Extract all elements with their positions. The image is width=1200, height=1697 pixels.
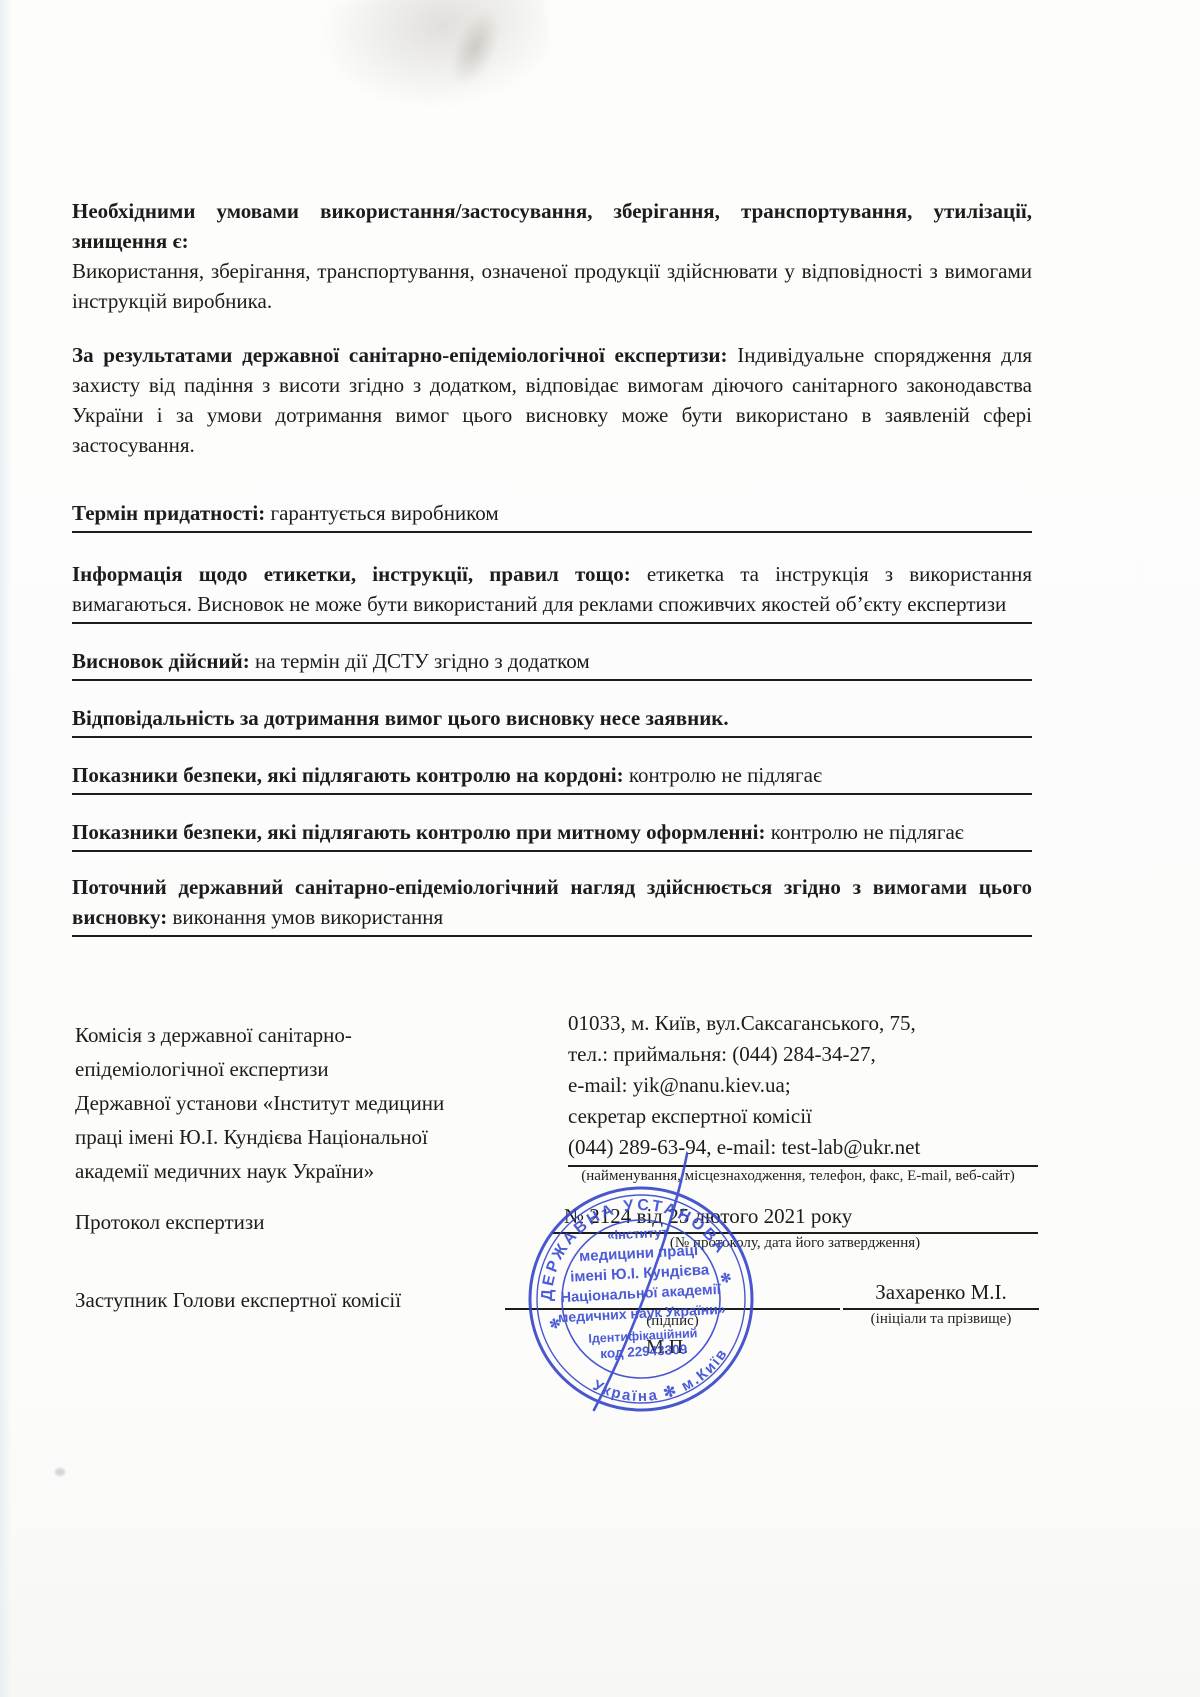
section-text: Використання, зберігання, транспортуванн… xyxy=(72,259,1032,313)
section-text: контролю не підлягає xyxy=(771,820,964,844)
commission-name-line: академії медичних наук України» xyxy=(75,1154,551,1188)
contact-secretary: секретар експертної комісії xyxy=(568,1101,1038,1132)
section-heading: Відповідальність за дотримання вимог цьо… xyxy=(72,706,729,730)
signatory-name-caption: (ініціали та прізвище) xyxy=(843,1310,1039,1329)
section-text: контролю не підлягає xyxy=(629,763,822,787)
commission-name-block: Комісія з державної санітарно- епідеміол… xyxy=(75,1018,551,1188)
contact-secretary-phone: (044) 289-63-94, e-mail: test-lab@ukr.ne… xyxy=(568,1132,1038,1167)
round-official-stamp: ДЕРЖАВНА УСТАНОВА Україна ✻ м.Київ ✻ ✻ «… xyxy=(524,1182,758,1416)
section-heading: Необхідними умовами використання/застосу… xyxy=(72,196,1032,256)
commission-name-line: епідеміологічної експертизи xyxy=(75,1052,551,1086)
signatory-title: Заступник Голови експертної комісії xyxy=(75,1288,401,1313)
section-heading: Показники безпеки, які підлягають контро… xyxy=(72,820,765,844)
section-heading: Термін придатності: xyxy=(72,501,265,525)
scan-smudge xyxy=(313,0,557,125)
contact-email: e-mail: yik@nanu.kiev.ua; xyxy=(568,1070,1038,1101)
section-heading: За результатами державної санітарно-епід… xyxy=(72,343,727,367)
section-responsibility: Відповідальність за дотримання вимог цьо… xyxy=(72,703,1032,738)
scan-edge-shadow xyxy=(0,0,12,1697)
section-label-info: Інформація щодо етикетки, інструкції, пр… xyxy=(72,559,1032,624)
section-heading: Інформація щодо етикетки, інструкції, пр… xyxy=(72,562,631,586)
section-border-control: Показники безпеки, які підлягають контро… xyxy=(72,760,1032,795)
commission-name-line: Державної установи «Інститут медицини xyxy=(75,1086,551,1120)
stamp-inner-line: код 22943309 xyxy=(600,1342,688,1362)
section-validity: Висновок дійсний: на термін дії ДСТУ згі… xyxy=(72,646,1032,681)
section-heading: Висновок дійсний: xyxy=(72,649,250,673)
section-heading: Показники безпеки, які підлягають контро… xyxy=(72,763,624,787)
signatory-name-block: Захаренко М.І. (ініціали та прізвище) xyxy=(843,1280,1039,1329)
stamp-inner-line: «Інститут xyxy=(607,1225,668,1243)
section-text: виконання умов використання xyxy=(172,905,443,929)
document-body: Необхідними умовами використання/застосу… xyxy=(72,196,1032,961)
section-shelf-life: Термін придатності: гарантується виробни… xyxy=(72,498,1032,533)
commission-contact-block: 01033, м. Київ, вул.Саксаганського, 75, … xyxy=(558,1008,1038,1186)
stamp-inner-line: імені Ю.І. Кундієва xyxy=(570,1261,710,1285)
scan-speck xyxy=(55,1468,65,1476)
commission-name-line: Комісія з державної санітарно- xyxy=(75,1018,551,1052)
stamp-inner-line: медицини праці xyxy=(579,1242,699,1265)
scanned-document-page: Необхідними умовами використання/застосу… xyxy=(0,0,1200,1697)
stamp-star-right: ✻ xyxy=(719,1269,734,1286)
section-expertise-results: За результатами державної санітарно-епід… xyxy=(72,340,1032,460)
protocol-label: Протокол експертизи xyxy=(75,1210,264,1235)
section-current-supervision: Поточний державний санітарно-епідеміолог… xyxy=(72,872,1032,937)
contact-address: 01033, м. Київ, вул.Саксаганського, 75, xyxy=(568,1008,1038,1039)
section-customs-control: Показники безпеки, які підлягають контро… xyxy=(72,817,1032,852)
section-text: на термін дії ДСТУ згідно з додатком xyxy=(255,649,590,673)
section-text: гарантується виробником xyxy=(270,501,498,525)
commission-name-line: праці імені Ю.І. Кундієва Національної xyxy=(75,1120,551,1154)
signatory-name: Захаренко М.І. xyxy=(843,1280,1039,1310)
section-usage-conditions: Необхідними умовами використання/застосу… xyxy=(72,196,1032,316)
contact-phone: тел.: приймальня: (044) 284-34-27, xyxy=(568,1039,1038,1070)
